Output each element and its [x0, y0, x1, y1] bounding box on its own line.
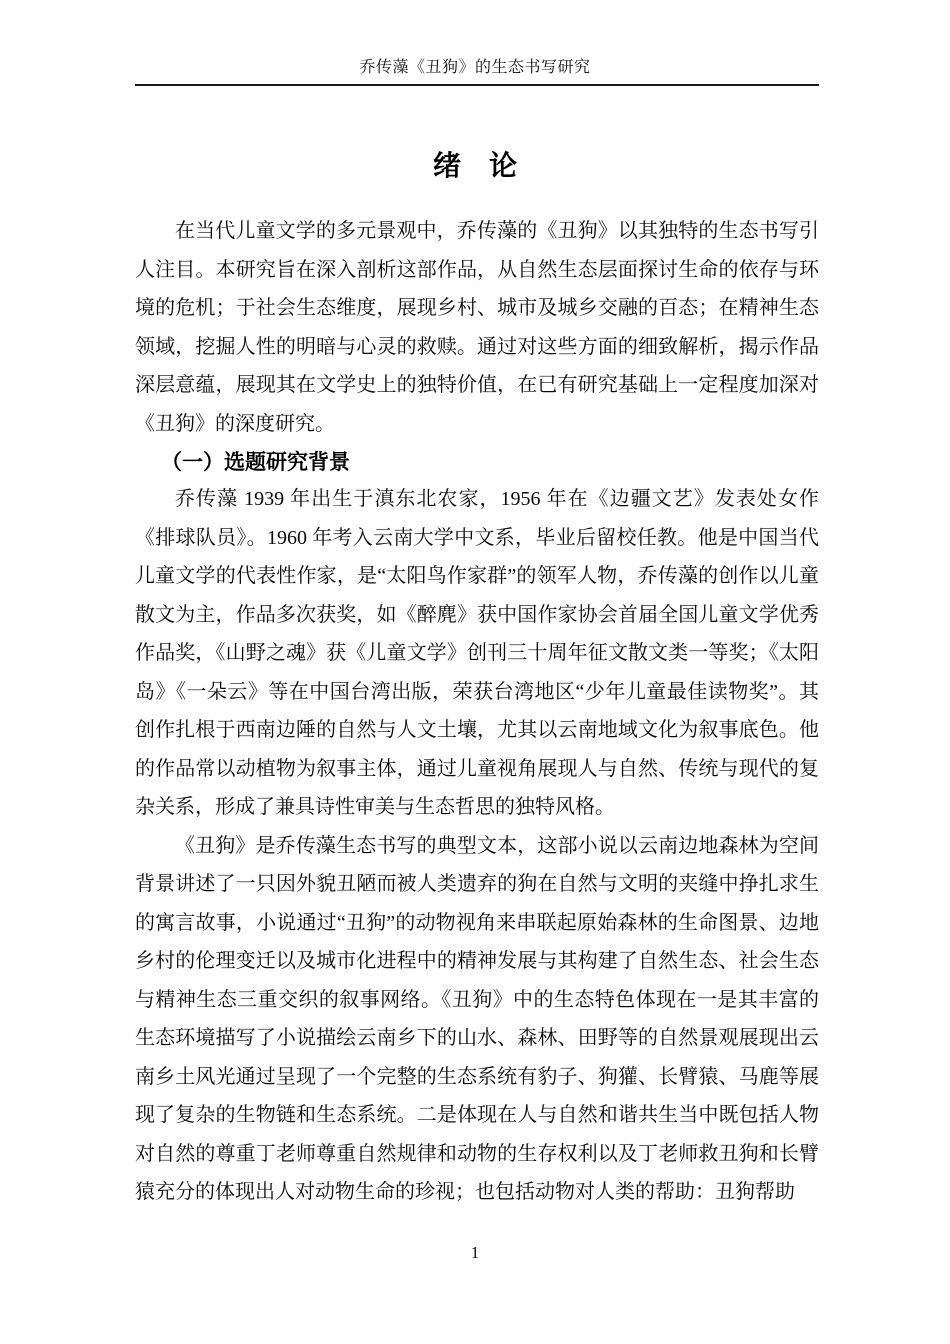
page-title: 绪 论 — [0, 146, 950, 186]
document-page: 乔传藻《丑狗》的生态书写研究 绪 论 在当代儿童文学的多元景观中，乔传藻的《丑狗… — [0, 0, 950, 1344]
intro-paragraph: 在当代儿童文学的多元景观中，乔传藻的《丑狗》以其独特的生态书写引人注目。本研究旨… — [135, 212, 819, 443]
background-paragraphs-block: 乔传藻 1939 年出生于滇东北农家，1956 年在《边疆文艺》发表处女作《排球… — [135, 480, 819, 1212]
intro-paragraph-block: 在当代儿童文学的多元景观中，乔传藻的《丑狗》以其独特的生态书写引人注目。本研究旨… — [135, 212, 819, 443]
running-header-title: 乔传藻《丑狗》的生态书写研究 — [0, 57, 950, 79]
background-paragraph-2: 《丑狗》是乔传藻生态书写的典型文本，这部小说以云南边地森林为空间背景讲述了一只因… — [135, 827, 819, 1212]
page-number: 1 — [0, 1242, 950, 1264]
section-heading-background: （一）选题研究背景 — [135, 448, 819, 478]
background-paragraph-1: 乔传藻 1939 年出生于滇东北农家，1956 年在《边疆文艺》发表处女作《排球… — [135, 480, 819, 827]
header-rule — [135, 84, 819, 86]
